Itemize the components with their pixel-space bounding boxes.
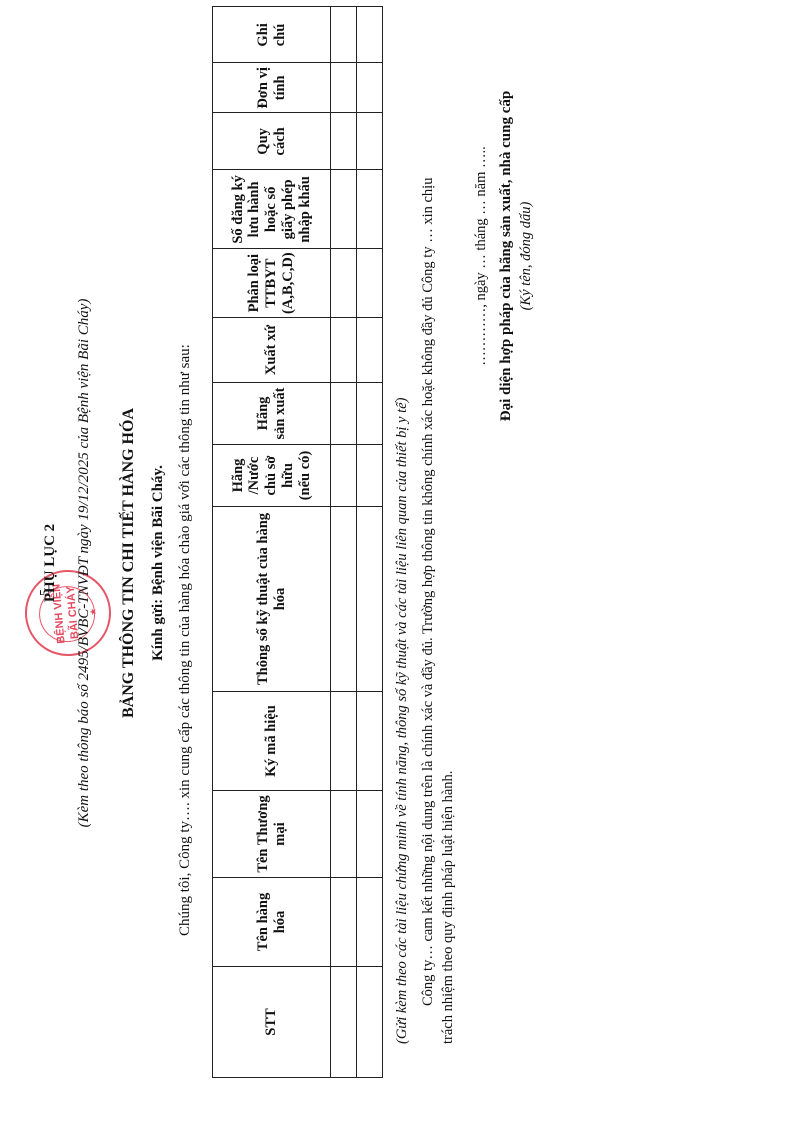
table-cell [331,791,357,878]
column-header: Hãng /Nước chủ sở hữu (nếu có) [213,445,331,507]
column-header: Quy cách [213,113,331,170]
table-cell [357,170,383,249]
column-header: Tên Thương mại [213,791,331,878]
table-cell [357,113,383,170]
column-header: Phân loại TTBYT (A,B,C,D) [213,249,331,318]
table-cell [357,445,383,507]
appendix-subtitle: (Kèm theo thông báo số 2495/BVBC-TNVĐT n… [76,0,93,1126]
document-page: 5 BỆNH VIỆN BÃI CHÁY ★ PHỤ LỤC 2 (Kèm th… [0,0,800,1126]
addressee: Kính gửi: Bệnh viện Bãi Cháy. [150,0,167,1126]
table-cell [331,383,357,445]
commitment-line-1: Công ty… cam kết những nội dung trên là … [420,178,437,1006]
table-cell [331,63,357,113]
sign-note: (Ký tên, đóng dấu) [518,0,535,536]
table-cell [357,507,383,692]
table-cell [331,507,357,692]
table-cell [331,445,357,507]
table-header-row: STTTên hàng hóaTên Thương mạiKý mã hiệuT… [213,7,331,1078]
table-cell [331,7,357,63]
column-header: Tên hàng hóa [213,878,331,967]
table-cell [331,113,357,170]
column-header: Số đăng ký lưu hành hoặc số giấy phép nh… [213,170,331,249]
table-cell [331,170,357,249]
appendix-title: PHỤ LỤC 2 [42,0,59,1126]
column-header: Ký mã hiệu [213,692,331,791]
table-cell [357,967,383,1078]
form-title: BẢNG THÔNG TIN CHI TIẾT HÀNG HÓA [120,0,138,1126]
column-header: Xuất xứ [213,318,331,383]
table-cell [331,967,357,1078]
column-header: Ghi chú [213,7,331,63]
date-line: …………, ngày … tháng … năm ….. [473,0,490,536]
table-cell [357,791,383,878]
table-cell [357,383,383,445]
commitment-line-2: trách nhiệm theo quy định pháp luật hiện… [440,771,457,1044]
table-row [357,7,383,1078]
column-header: Thông số kỹ thuật của hàng hóa [213,507,331,692]
table-cell [357,7,383,63]
column-header: STT [213,967,331,1078]
table-cell [357,249,383,318]
intro-paragraph: Chúng tôi, Công ty…. xin cung cấp các th… [177,344,194,936]
table-cell [331,249,357,318]
attachment-note: (Gửi kèm theo các tài liệu chứng minh về… [394,398,411,1044]
signer-title: Đại diện hợp pháp của hãng sản xuất, nhà… [498,0,515,536]
table-row [331,7,357,1078]
goods-info-table: STTTên hàng hóaTên Thương mạiKý mã hiệuT… [212,6,383,1078]
table-cell [331,318,357,383]
column-header: Hãng sản xuất [213,383,331,445]
table-cell [357,63,383,113]
table-cell [331,692,357,791]
hospital-stamp: BỆNH VIỆN BÃI CHÁY ★ [21,566,114,659]
table-cell [357,878,383,967]
table-cell [331,878,357,967]
table-cell [357,318,383,383]
column-header: Đơn vị tính [213,63,331,113]
table-cell [357,692,383,791]
